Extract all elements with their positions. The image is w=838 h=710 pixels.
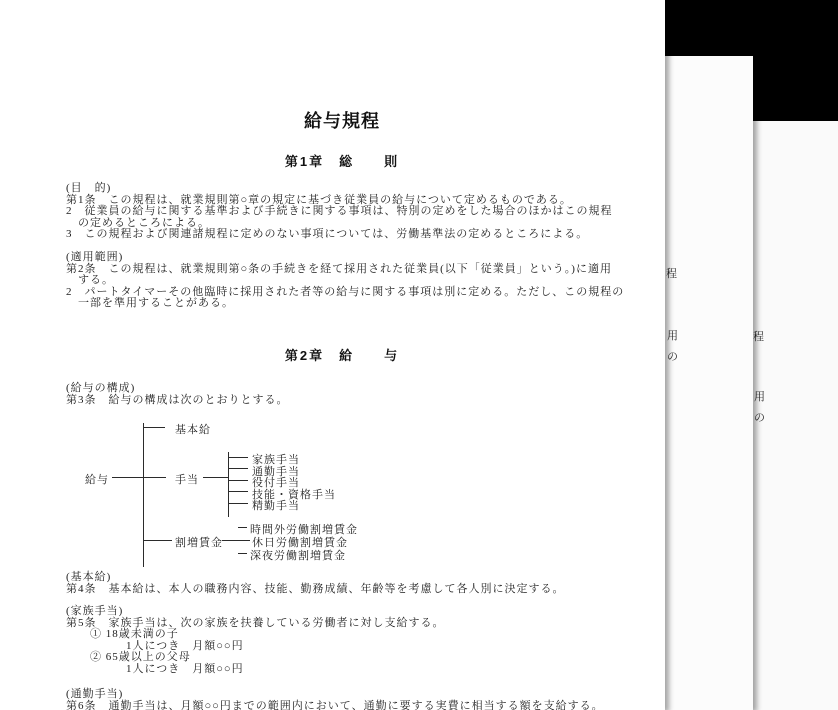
page2-line-fragment: 程 xyxy=(666,265,677,281)
document-text-line: ② 65歳以上の父母 xyxy=(66,652,445,664)
page2-line-fragment: の xyxy=(667,348,678,364)
page2-line-fragment: 用 xyxy=(667,327,678,343)
diagram-connector xyxy=(238,553,247,554)
pay-composition-section: (給与の構成)第3条 給与の構成は次のとおりとする。 xyxy=(66,383,289,406)
page-3: 程 用 の xyxy=(753,121,838,710)
document-text-line: する。 xyxy=(66,275,624,287)
document-text-line: 第6条 通勤手当は、月額○○円までの範囲内において、通勤に要する実費に相当する額… xyxy=(66,701,604,710)
diagram-connector xyxy=(143,477,166,478)
diagram-node-label: 基本給 xyxy=(175,421,211,437)
diagram-connector xyxy=(228,480,248,481)
document-text-line: (通勤手当) xyxy=(66,689,604,701)
diagram-node-label: 深夜労働割増賃金 xyxy=(250,547,346,563)
family-allowance-section: (家族手当)第5条 家族手当は、次の家族を扶養している労働者に対し支給する。 ①… xyxy=(66,606,445,675)
document-text-line: (目 的) xyxy=(66,183,624,195)
diagram-connector xyxy=(143,423,144,567)
document-text-line: (給与の構成) xyxy=(66,383,289,395)
chapter-1-heading: 第1章 総 則 xyxy=(66,151,618,170)
document-text-line: 第3条 給与の構成は次のとおりとする。 xyxy=(66,395,289,407)
diagram-connector xyxy=(143,540,172,541)
base-pay-section: (基本給)第4条 基本給は、本人の職務内容、技能、勤務成績、年齢等を考慮して各人… xyxy=(66,572,565,595)
purpose-and-scope-section: (目 的)第1条 この規程は、就業規則第○章の規定に基づき従業員の給与について定… xyxy=(66,183,624,310)
document-text-line: (基本給) xyxy=(66,572,565,584)
document-text-line: 1人につき 月額○○円 xyxy=(66,664,445,676)
diagram-connector xyxy=(228,468,248,469)
diagram-connector xyxy=(228,452,229,517)
diagram-connector xyxy=(228,491,248,492)
diagram-connector xyxy=(112,477,143,478)
diagram-node-label: 手当 xyxy=(175,471,199,487)
diagram-connector xyxy=(238,527,247,528)
chapter-2-heading: 第2章 給 与 xyxy=(66,345,618,364)
document-text-line: 3 この規程および関連諸規程に定めのない事項については、労働基準法の定めるところ… xyxy=(66,229,624,241)
document-text-line: (適用範囲) xyxy=(66,252,624,264)
page-2: 程 用 の xyxy=(665,56,753,710)
document-text-line: (家族手当) xyxy=(66,606,445,618)
page3-line-fragment: 程 xyxy=(753,328,764,344)
commute-allowance-section: (通勤手当)第6条 通勤手当は、月額○○円までの範囲内において、通勤に要する実費… xyxy=(66,689,604,710)
viewer-background: 程 用 の 程 用 の 給与規程 第1章 総 則 (目 的)第1条 この規程は、… xyxy=(0,0,838,710)
document-text-line xyxy=(66,241,624,253)
diagram-connector xyxy=(228,457,248,458)
page-main: 給与規程 第1章 総 則 (目 的)第1条 この規程は、就業規則第○章の規定に基… xyxy=(0,0,665,710)
document-text-line: ① 18歳未満の子 xyxy=(66,629,445,641)
diagram-node-label: 割増賃金 xyxy=(175,534,223,550)
diagram-connector xyxy=(228,503,248,504)
diagram-connector xyxy=(222,540,250,541)
diagram-connector xyxy=(143,427,165,428)
diagram-connector xyxy=(203,477,228,478)
page3-line-fragment: 用 xyxy=(754,388,765,404)
document-title: 給与規程 xyxy=(66,107,618,133)
page3-line-fragment: の xyxy=(754,409,765,425)
document-text-line: 第4条 基本給は、本人の職務内容、技能、勤務成績、年齢等を考慮して各人別に決定す… xyxy=(66,584,565,596)
diagram-root-label: 給与 xyxy=(85,471,109,487)
diagram-node-label: 精勤手当 xyxy=(252,497,300,513)
document-text-line: 一部を準用することがある。 xyxy=(66,298,624,310)
document-text-line: 第2条 この規程は、就業規則第○条の手続きを経て採用された従業員(以下「従業員」… xyxy=(66,264,624,276)
document-text-line: 2 従業員の給与に関する基準および手続きに関する事項は、特別の定めをした場合のほ… xyxy=(66,206,624,218)
